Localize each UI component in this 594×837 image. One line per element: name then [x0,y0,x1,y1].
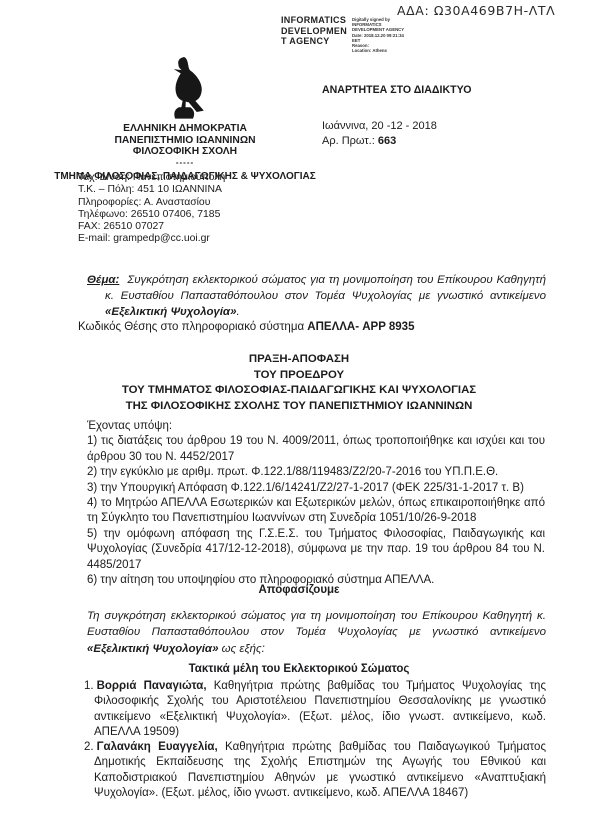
position-code-line: Κωδικός Θέσης στο πληροφοριακό σύστημα Α… [78,321,414,333]
digital-signature-stamp: INFORMATICS DEVELOPMEN T AGENCY Digitall… [281,15,404,53]
considering-item: 1) τις διατάξεις του άρθρου 19 του Ν. 40… [87,434,545,465]
contact-info-block: Ταχ. Δ/νση: Πανεπιστημιούπολη Τ.Κ. – Πόλ… [78,172,225,246]
subject-emphasis: «Εξελικτική Ψυχολογία» [105,306,236,318]
considering-item: 3) την Υπουργική Απόφαση Φ.122.1/6/14241… [87,481,545,496]
letterhead-state: ΕΛΛΗΝΙΚΗ ΔΗΜΟΚΡΑΤΙΑ [35,123,335,135]
act-title: ΠΡΑΞΗ-ΑΠΟΦΑΣΗ ΤΟΥ ΠΡΟΕΔΡΟΥ ΤΟΥ ΤΜΗΜΑΤΟΣ … [53,352,545,414]
considering-item: 2) την εγκύκλιο με αριθμ. πρωτ. Φ.122.1/… [87,465,545,480]
act-title-line: ΤΟΥ ΠΡΟΕΔΡΟΥ [53,368,545,384]
contact-phone: Τηλέφωνο: 26510 07406, 7185 [78,209,225,221]
contact-address: Ταχ. Δ/νση: Πανεπιστημιούπολη [78,172,225,184]
subject-label: Θέμα: [87,274,127,286]
position-code-label: Κωδικός Θέσης στο πληροφοριακό σύστημα [78,321,307,333]
act-title-line: ΤΟΥ ΤΜΗΜΑΤΟΣ ΦΙΛΟΣΟΦΙΑΣ-ΠΑΙΔΑΓΩΓΙΚΗΣ ΚΑΙ… [53,383,545,399]
subject-text: Συγκρότηση εκλεκτορικού σώματος για τη μ… [105,274,546,302]
considering-intro: Έχοντας υπόψη: [87,419,545,434]
member-name: Γαλανάκη Ευαγγελία, [97,741,218,753]
protocol-label: Αρ. Πρωτ.: [322,135,378,147]
place-and-date: Ιωάννινα, 20 -12 - 2018 [322,120,472,132]
protocol-number-line: Αρ. Πρωτ.: 663 [322,135,472,147]
considering-item: 4) το Μητρώο ΑΠΕΛΛΑ Εσωτερικών και Εξωτε… [87,496,545,527]
decision-text: Τη συγκρότηση εκλεκτορικού σώματος για τ… [87,610,546,638]
member-number: 2. [84,741,97,753]
considering-section: Έχοντας υπόψη: 1) τις διατάξεις του άρθρ… [87,419,545,588]
letterhead-school: ΦΙΛΟΣΟΦΙΚΗ ΣΧΟΛΗ [35,146,335,158]
contact-person: Πληροφορίες: Α. Αναστασίου [78,197,225,209]
members-list: 1.Βορριά Παναγιώτα, Καθηγήτρια πρώτης βα… [84,679,546,801]
member-number: 1. [84,680,97,692]
decision-emphasis: «Εξελικτική Ψυχολογία» [87,643,218,655]
ada-code: ΑΔΑ: Ω30Α469Β7Η-ΛΤΛ [397,3,555,18]
member-item: 1.Βορριά Παναγιώτα, Καθηγήτρια πρώτης βα… [84,679,546,740]
member-item: 2.Γαλανάκη Ευαγγελία, Καθηγήτρια πρώτης … [84,740,546,801]
contact-postal-city: Τ.Κ. – Πόλη: 451 10 ΙΩΑΝΝΙΝΑ [78,184,225,196]
contact-email: E-mail: grampedp@cc.uoi.gr [78,233,225,245]
scanned-document-page: ΑΔΑ: Ω30Α469Β7Η-ΛΤΛ INFORMATICS DEVELOPM… [0,0,594,837]
decision-tail: ως εξής: [218,643,264,655]
perched-eagle-emblem-icon [158,56,212,120]
considering-item: 5) την ομόφωνη απόφαση της Γ.Σ.Ε.Σ. του … [87,527,545,573]
members-heading: Τακτικά μέλη του Εκλεκτορικού Σώματος [53,663,545,675]
letterhead-university: ΠΑΝΕΠΙΣΤΗΜΙΟ ΙΩΑΝΝΙΝΩΝ [35,135,335,147]
member-name: Βορριά Παναγιώτα, [97,680,207,692]
decision-paragraph: Τη συγκρότηση εκλεκτορικού σώματος για τ… [87,608,546,657]
letterhead: ΕΛΛΗΝΙΚΗ ΔΗΜΟΚΡΑΤΙΑ ΠΑΝΕΠΙΣΤΗΜΙΟ ΙΩΑΝΝΙΝ… [35,56,335,183]
decision-heading: Αποφασίζουμε [53,584,545,596]
stamp-agency-name: INFORMATICS DEVELOPMEN T AGENCY [281,15,347,53]
letterhead-divider: ----- [35,158,335,167]
contact-fax: FAX: 26510 07027 [78,221,225,233]
subject-paragraph: Θέμα:Συγκρότηση εκλεκτορικού σώματος για… [87,272,546,320]
header-right-block: ΑΝΑΡΤΗΤΕΑ ΣΤΟ ΔΙΑΔΙΚΤΥΟ Ιωάννινα, 20 -12… [322,84,472,147]
stamp-signature-details: Digitally signed by INFORMATICS DEVELOPM… [352,15,404,53]
position-code-value: ΑΠΕΛΛΑ- APP 8935 [307,321,414,333]
act-title-line: ΤΗΣ ΦΙΛΟΣΟΦΙΚΗΣ ΣΧΟΛΗΣ ΤΟΥ ΠΑΝΕΠΙΣΤΗΜΙΟΥ… [53,399,545,415]
act-title-line: ΠΡΑΞΗ-ΑΠΟΦΑΣΗ [53,352,545,368]
protocol-number: 663 [378,135,396,147]
publish-note: ΑΝΑΡΤΗΤΕΑ ΣΤΟ ΔΙΑΔΙΚΤΥΟ [322,84,472,96]
